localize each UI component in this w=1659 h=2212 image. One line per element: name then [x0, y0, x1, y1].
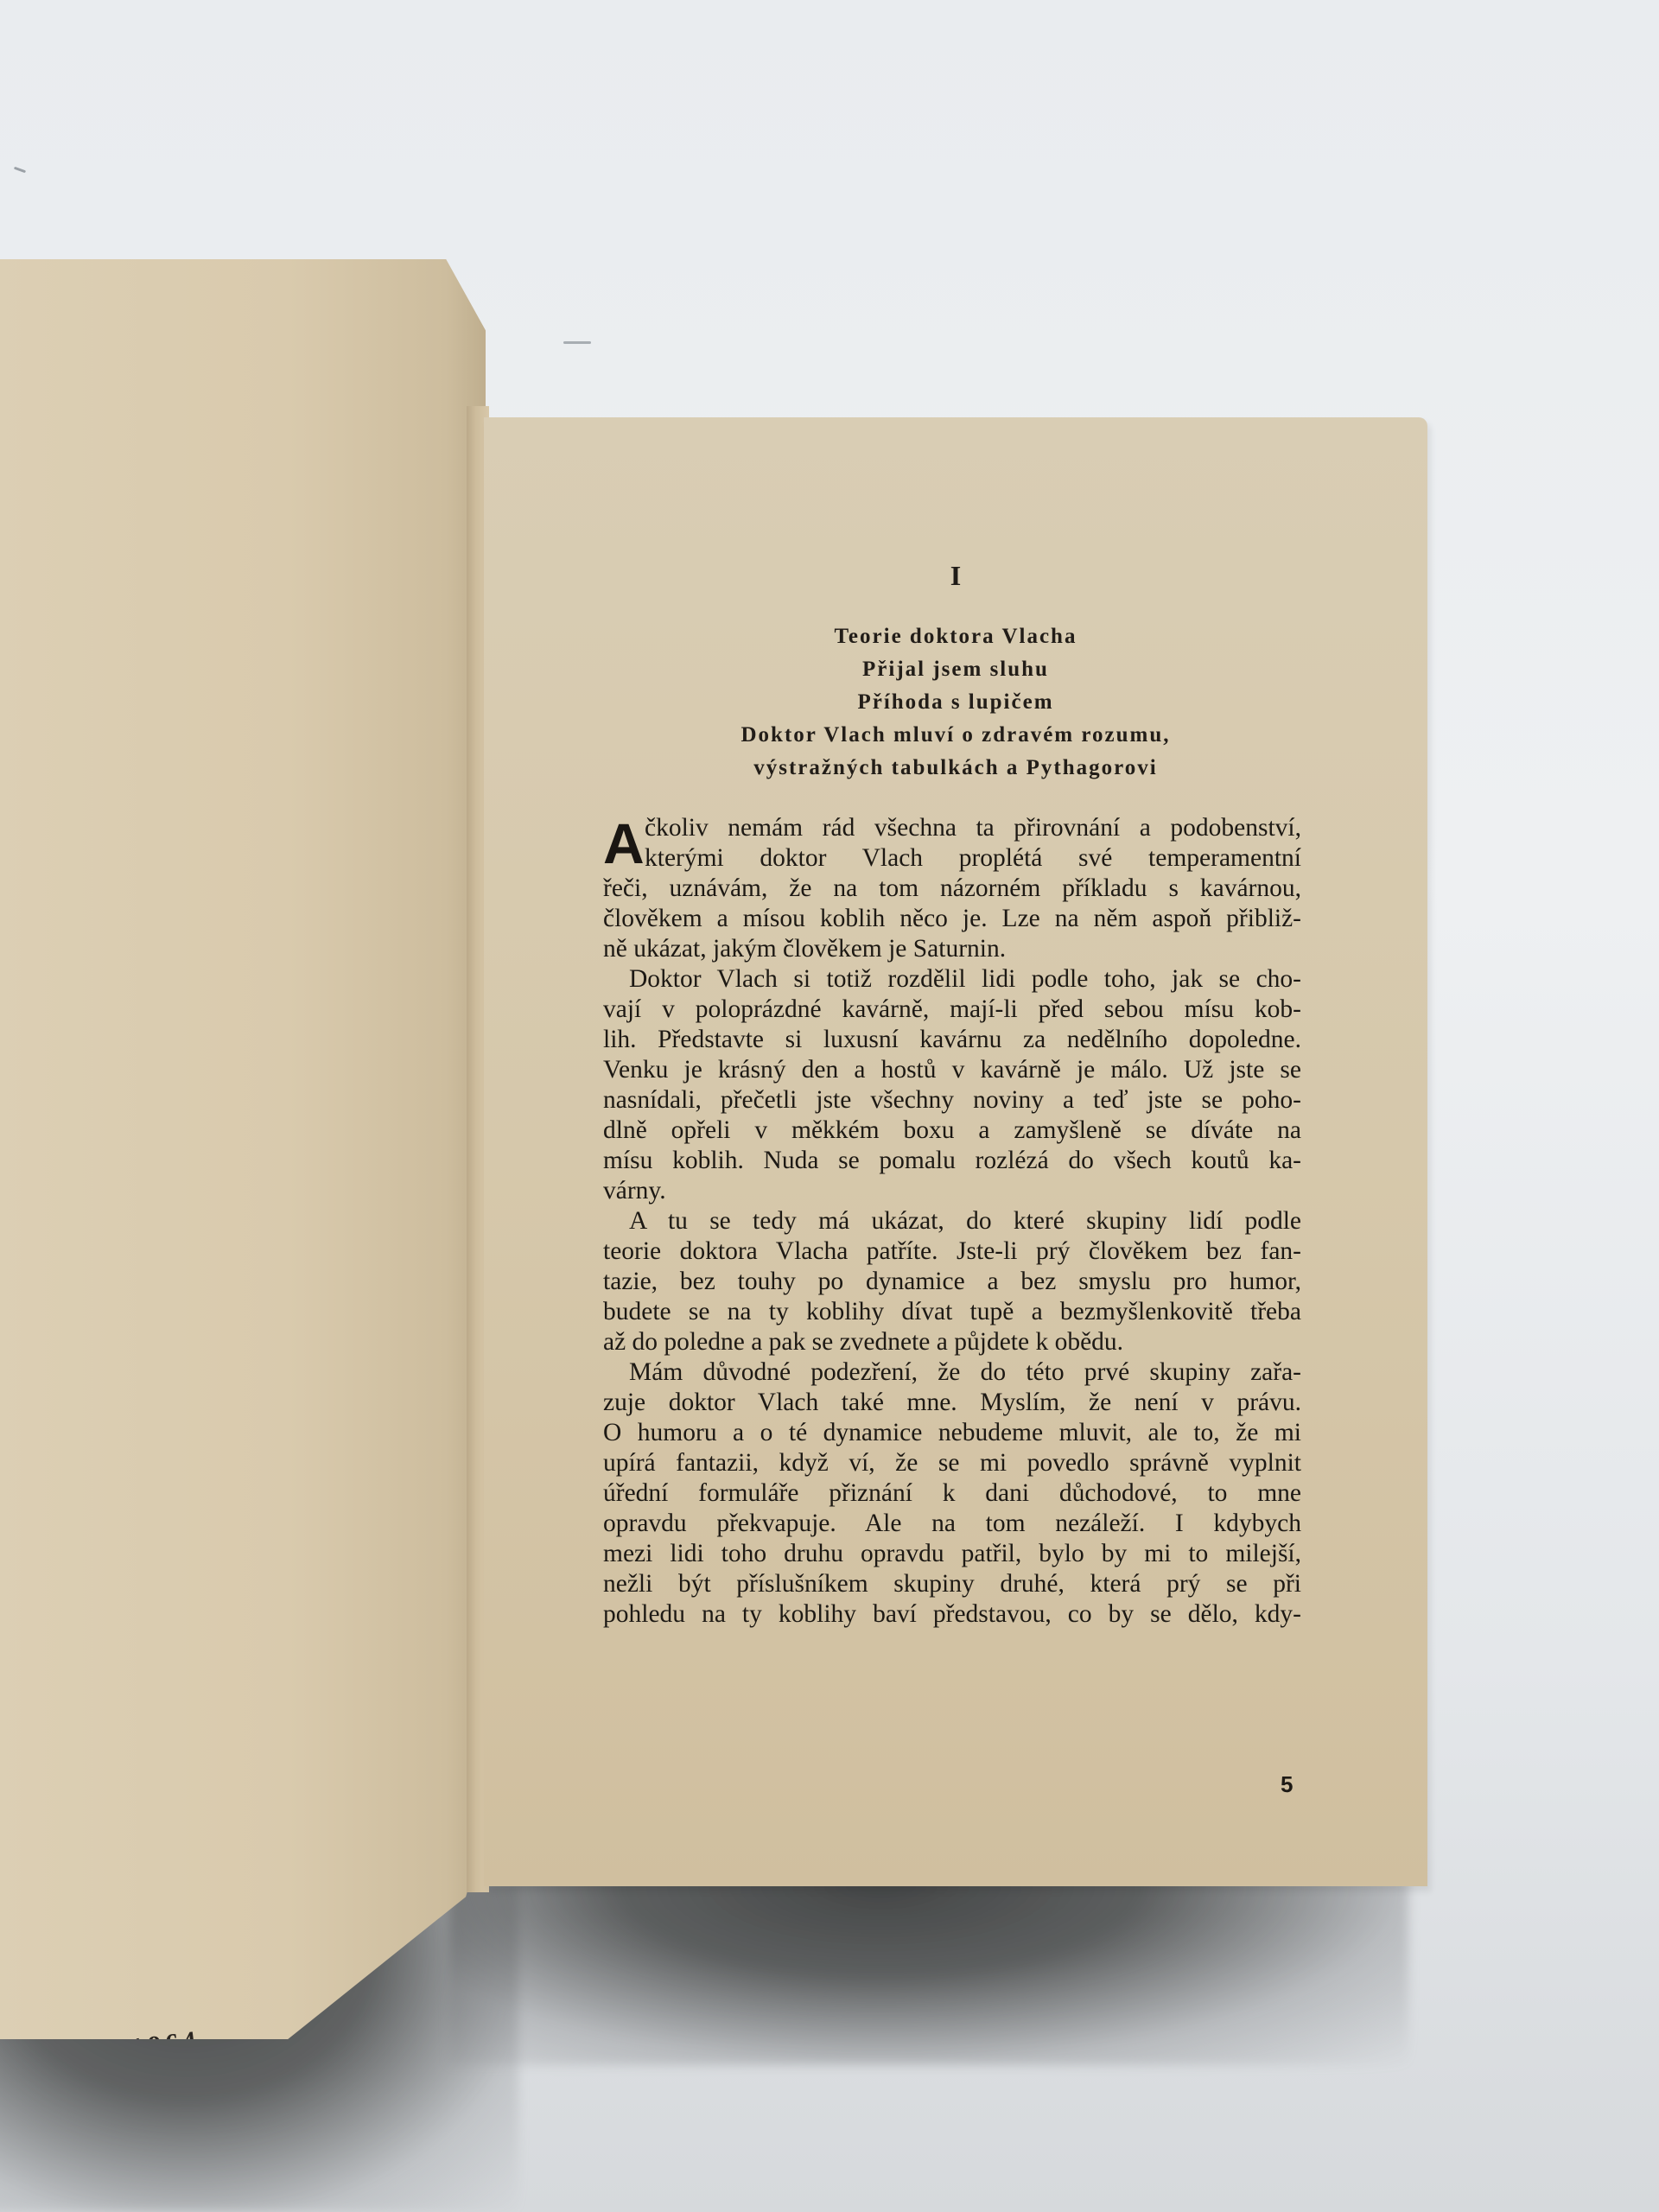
text-line: O humoru a o té dynamice nebudeme mluvit… — [603, 1418, 1301, 1448]
text-line: Mám důvodné podezření, že do této prvé s… — [603, 1357, 1301, 1388]
contents-line: Teorie doktora Vlacha — [484, 620, 1427, 653]
text-line: dlně opřeli v měkkém boxu a zamyšleně se… — [603, 1116, 1301, 1146]
right-page: I Teorie doktora Vlacha Přijal jsem sluh… — [484, 417, 1427, 1886]
text-line: budete se na ty koblihy dívat tupě a bez… — [603, 1297, 1301, 1327]
text-line: pohledu na ty koblihy baví představou, c… — [603, 1599, 1301, 1630]
text-line: ně ukázat, jakým člověkem je Saturnin. — [603, 934, 1301, 964]
text-line: Venku je krásný den a hostů v kavárně je… — [603, 1055, 1301, 1085]
text-line: mísu koblih. Nuda se pomalu rozlézá do v… — [603, 1146, 1301, 1176]
text-line: člověkem a mísou koblih něco je. Lze na … — [603, 904, 1301, 934]
chapter-contents: Teorie doktora Vlacha Přijal jsem sluhu … — [484, 620, 1427, 785]
text-line: A tu se tedy má ukázat, do které skupiny… — [603, 1206, 1301, 1236]
body-text: čkoliv nemám rád všechna ta přirovnání a… — [603, 813, 1301, 1630]
text-line: až do poledne a pak se zvednete a půjdet… — [603, 1327, 1301, 1357]
text-line: vají v poloprázdné kavárně, mají-li před… — [603, 995, 1301, 1025]
book-shadow-right — [449, 1866, 1408, 2065]
text-line: nežli být příslušníkem skupiny druhé, kt… — [603, 1569, 1301, 1599]
text-line: mezi lidi toho druhu opravdu patřil, byl… — [603, 1539, 1301, 1569]
surface-mark — [14, 167, 26, 174]
text-line: nasnídali, přečetli jste všechny noviny … — [603, 1085, 1301, 1116]
text-line: Doktor Vlach si totiž rozdělil lidi podl… — [603, 964, 1301, 995]
left-page: Hlavatý 1964 — [0, 259, 486, 2039]
contents-line: Doktor Vlach mluví o zdravém rozumu, — [484, 719, 1427, 752]
text-line: úřední formuláře přiznání k dani důchodo… — [603, 1478, 1301, 1509]
text-line: várny. — [603, 1176, 1301, 1206]
text-line: kterými doktor Vlach proplétá své temper… — [603, 843, 1301, 874]
text-line: upírá fantazii, když ví, že se mi povedl… — [603, 1448, 1301, 1478]
chapter-number: I — [484, 560, 1427, 592]
text-line: tazie, bez touhy po dynamice a bez smysl… — [603, 1267, 1301, 1297]
text-line: teorie doktora Vlacha patříte. Jste-li p… — [603, 1236, 1301, 1267]
text-line: zuje doktor Vlach také mne. Myslím, že n… — [603, 1388, 1301, 1418]
contents-line: výstražných tabulkách a Pythagorovi — [484, 752, 1427, 785]
text-line: opravdu překvapuje. Ale na tom nezáleží.… — [603, 1509, 1301, 1539]
contents-line: Příhoda s lupičem — [484, 686, 1427, 719]
contents-line: Přijal jsem sluhu — [484, 653, 1427, 686]
text-line: lih. Představte si luxusní kavárnu za ne… — [603, 1025, 1301, 1055]
text-line: řeči, uznávám, že na tom názorném příkla… — [603, 874, 1301, 904]
text-line: čkoliv nemám rád všechna ta přirovnání a… — [603, 813, 1301, 843]
page-number: 5 — [1281, 1771, 1293, 1798]
surface-mark — [563, 341, 591, 344]
